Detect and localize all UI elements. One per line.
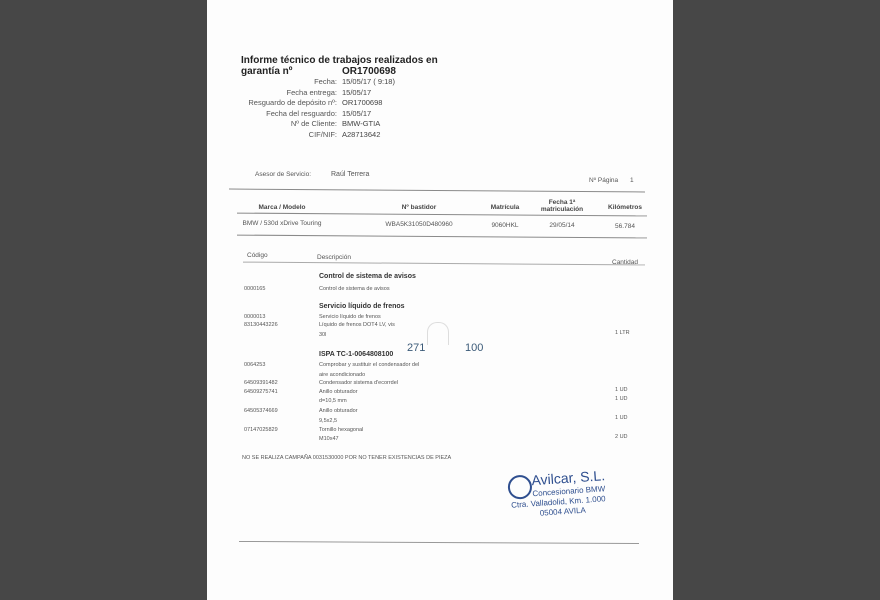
vehicle-cell: BMW / 530d xDrive Touring [227,220,337,227]
page-number-value: 1 [630,177,634,184]
vehicle-cell: 9060HKL [475,222,535,229]
document-page: Informe técnico de trabajos realizados e… [207,0,673,600]
field-label: Fecha entrega: [207,88,337,97]
col-description-header: Descripción [317,254,351,261]
item-code: 0000013 [244,314,265,320]
item-code: 64509391482 [244,380,278,386]
vehicle-col-header: Marca / Modelo [227,204,337,211]
item-code: 0064253 [244,362,265,368]
item-description: Control de sistema de avisos [319,286,390,292]
field-value: A28713642 [342,130,380,139]
field-value: OR1700698 [342,98,382,107]
stamp-line3: 05004 AVILA [540,506,587,518]
field-value: 15/05/17 [342,88,371,97]
page-number-label: Nº Página [589,177,618,184]
note-text: NO SE REALIZA CAMPAÑA 0031530000 POR NO … [242,455,451,461]
advisor-label: Asesor de Servicio: [255,171,311,178]
vehicle-cell: WBA5K31050D480960 [364,221,474,228]
section-title: Servicio líquido de frenos [319,303,405,310]
advisor-name: Raúl Terrera [331,171,369,178]
item-quantity: 2 UD [615,434,628,440]
divider [237,235,647,239]
item-description: M10x47 [319,436,339,442]
item-code: 64505374669 [244,408,278,414]
col-code-header: Código [247,252,268,259]
item-code: 07147025829 [244,427,278,433]
item-code: 83130443226 [244,322,278,328]
document-title-line2: garantía nº [241,66,292,77]
field-value: 15/05/17 [342,109,371,118]
watermark-icon [427,322,449,345]
item-description: Condensador sistema d'ecorrdel [319,380,398,386]
section-title: Control de sistema de avisos [319,273,416,280]
item-description: d=10,5 mm [319,398,347,404]
field-value: 15/05/17 ( 9:18) [342,77,395,86]
item-code: 64509275741 [244,389,278,395]
vehicle-col-header: Fecha 1ª matriculación [532,199,592,213]
item-description: Líquido de frenos DOT4 LV, vis [319,322,395,328]
vehicle-col-header: Matrícula [475,204,535,211]
vehicle-cell: 56.784 [600,223,650,230]
vehicle-cell: 29/05/14 [532,222,592,229]
item-description: Tornillo hexagonal [319,427,363,433]
field-label: Fecha: [207,77,337,86]
overlay-number-left: 271 [407,342,425,354]
item-quantity: 1 LTR [615,330,630,336]
section-title: ISPA TC-1-0064808100 [319,351,393,358]
vehicle-col-header: Nº bastidor [364,204,474,211]
item-code: 0000165 [244,286,265,292]
vehicle-col-header: Kilómetros [600,204,650,211]
field-label: CIF/NIF: [207,130,337,139]
order-number: OR1700698 [342,66,396,77]
divider [243,262,645,266]
item-description: Comprobar y sustituir el condensador del [319,362,419,368]
item-description: Anillo obturador [319,408,358,414]
field-label: Resguardo de depósito nº: [207,98,337,107]
item-description: Anillo obturador [319,389,358,395]
item-description: 9,5x2,5 [319,418,337,424]
document-title: Informe técnico de trabajos realizados e… [241,55,438,66]
item-quantity: 1 UD [615,415,628,421]
divider [237,213,647,217]
item-description: aire acondicionado [319,372,365,378]
field-label: Nº de Cliente: [207,119,337,128]
item-description: 30l [319,332,326,338]
bmw-logo-icon [507,474,533,500]
item-quantity: 1 UD [615,396,628,402]
divider [239,541,639,544]
item-quantity: 1 UD [615,387,628,393]
overlay-number-right: 100 [465,342,483,354]
item-description: Servicio líquido de frenos [319,314,381,320]
field-value: BMW-GTIA [342,119,380,128]
field-label: Fecha del resguardo: [207,109,337,118]
divider [229,189,645,193]
